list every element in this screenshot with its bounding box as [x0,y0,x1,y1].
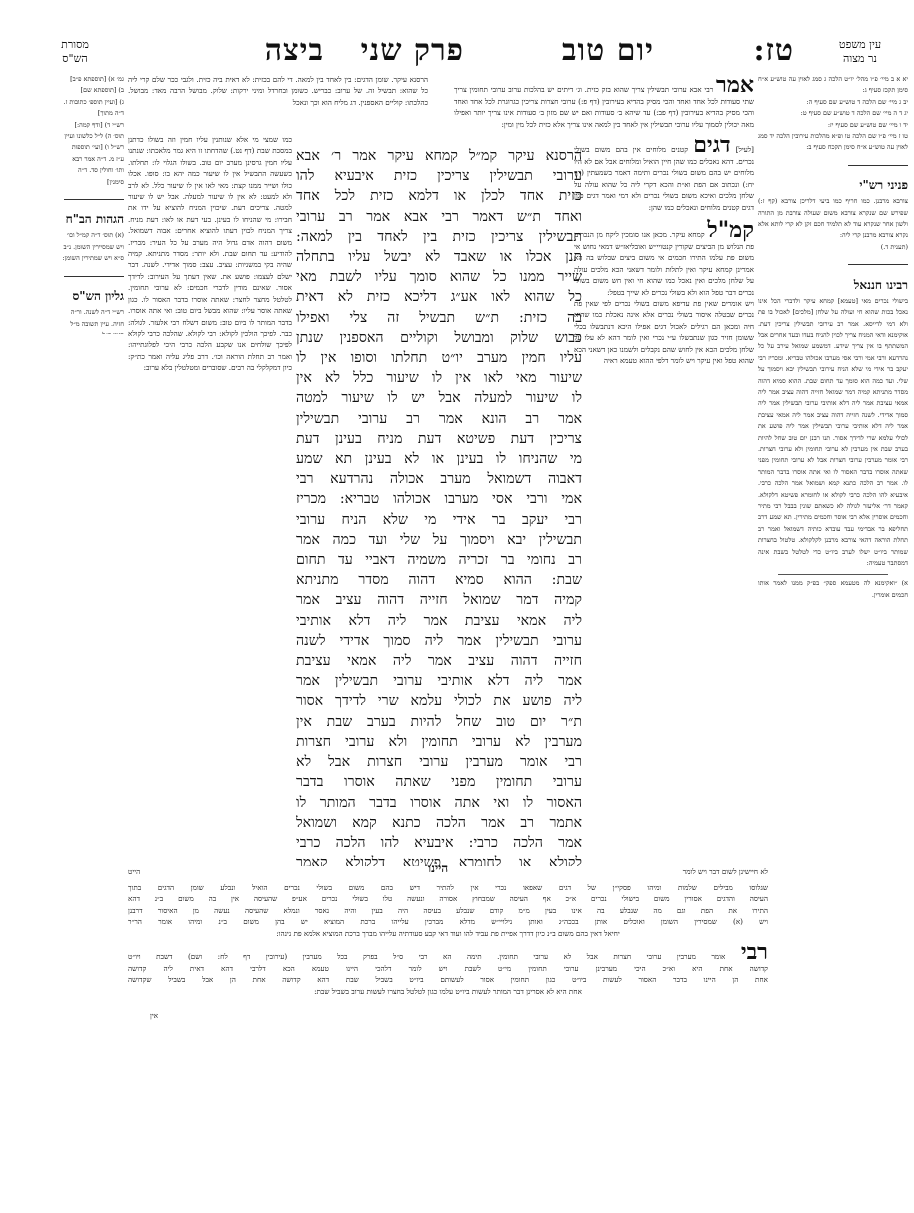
ein-mishpat-label-line1: עין משפט [820,38,900,52]
mesoret-entry: ב) [תוספתא שם] [62,85,124,96]
ein-mishpat-label: עין משפט נר מצוה [820,38,900,66]
header-yomtov: יום טוב [562,34,654,68]
tosafot-bottom: שגלוסו מבילים שלמות ומיהו פסקי״ן של דגים… [128,882,768,1042]
rashi-left-text: כמו שמצי מי אלא שנותנין עליו חמין וזה בש… [128,134,292,374]
mesoret-entry: תוס׳ ה) ל״ל כלשונו ועיין רש״ל ו) [ועי׳ ת… [62,131,124,188]
daf-number: טז: [753,34,794,68]
gemara-line: כבוש שלוק ומבושל וקוליים האספנין שנתן [296,328,582,348]
gemara-line: שיעור מאי לאו אין לו שיעור כלל לא אין [296,368,582,388]
ein-mishpat-entry: טו ז מיי׳ פ״ו שם הלכה טו ופ״א מהלכות עיר… [758,131,908,154]
rashi-catchword: הייט [128,866,140,877]
gemara-line: תבשילין יבא ויסמוך על שלי ועד כמה אמר [296,530,582,550]
gemara-line: רב נחומי בר זכריה משמיה דאביי עד תחום [296,550,582,570]
bottom-catch-row: לא חיישינן לשום דבר ויש לומר היינו הייט [128,866,768,880]
gemara-line: תנן אכלו או שאבד לא יבשל עליו בתחלה [296,247,582,267]
mesoret-label-line1: מסורת [40,38,110,52]
tosafot-bottom-line: העיסה והדגים אסורין משום בישולי נכרים א״… [128,893,768,904]
tosafot-bottom-line: אחת הן היינו בדבר האסור לעשות ביו״ט כגון… [128,974,768,985]
ein-mishpat-entry: יד ו מיי׳ שם טוש״ע שם סעיף יז: [758,120,908,131]
gemara-line: שבת: ההוא סמיא דהוה מסדר מתניתא [296,570,582,590]
penini-rashi-title: פניני רש"י [758,177,908,193]
mesoret-entry: ג) [ועיין תוספ׳ כתובות ז. ד״ה מתוך] [62,97,124,120]
tosafot-right-column: [לעיל] דגים קטנים מלוחים אין בהם משום בש… [574,134,754,862]
gemara-line: כזית אחד לכלן או דלמא כזית לכל אחד [296,186,582,206]
ornament-divider [758,259,908,270]
ein-mishpat-column: יא א ב מיי׳ פ״ו מהל׳ יו״ט הלכה ג סמג לאו… [758,74,908,874]
tosafot-right-text2: ויש אומרים שאין פת עדיפא משום בשולי נכרי… [574,298,754,366]
gemara-line: ת״ר יום טוב שחל להיות בערב שבת אין [296,712,582,732]
gemara-line: ליה אמאי עציבת אמר ליה דלא אותיבי [296,611,582,631]
tosafot-dibur-rebbe: רבי [741,939,768,965]
gemara-line: ערובי תבשילין אמר ליה סמוך אדידי לשנה [296,631,582,651]
tosafot-opening-word: אמר [716,74,754,98]
tosafot-top-text: רבי אבא ערובי תבשילין צריך שהוא בזק כזית… [454,85,754,129]
header-perek: פרק שני [361,34,464,68]
tosafot-bottom-line: אחת היא לא אסרינן דבר המותר לעשות ביו״ט … [128,986,768,997]
gemara-line: כל שהוא לאו אע״ג דליכא כזית לא דאית [296,287,582,307]
footnote: א) ״ואקימנא לה מטעמא ספק״ בפ״ק ממנו לאמר… [758,578,908,601]
mesoret-label-line2: הש"ס [40,52,110,66]
rashi-top: הרסנא עיקר. שומן הדגים: בין לאחד בין למא… [128,74,428,134]
gemara-line: ערובי תבשילין צריכין כזית איבעיא להו [296,166,582,186]
ein-mishpat-label-line2: נר מצוה [820,52,900,66]
penini-rashi-ref: (תענית ד.) [758,242,908,253]
gemara-line: בה כזית: ת״ש תבשיל זה צלי ואפילו [296,308,582,328]
gemara-line: חזייה דהוה עציב אמר ליה אמאי עציבת [296,651,582,671]
ornament-divider [62,194,124,205]
gemara-line: קמיה דמר שמואל חזייה דהוה עציב אמר [296,590,582,610]
gemara-line: מערבין לא ערובי תחומין ולא ערובי חצרות [296,732,582,752]
gemara-catchword: היינו [428,863,448,874]
ein-mishpat-entry: יג ד ה מיי׳ שם הלכה ד טוש״ע שם סעיף ט: [758,108,908,119]
hagahot-habach-title: הגהות הב"ח [62,211,124,227]
mesoret-entry: גמ׳ א) [תוספתא פ״ב] [62,74,124,85]
gemara-line: לו שיעור למעלה אבל יש לו שיעור למטה [296,388,582,408]
gemara-line: אתמר רב אמר הלכה כתנא קמא ושמואל [296,813,582,833]
tosafot-cont-right-line: לא חיישינן לשום דבר ויש לומר [683,866,768,877]
tosafot-dibur-kamal: קמ"ל [707,217,754,243]
header-masechet: ביצה [265,34,324,68]
rashi-left-column: כמו שמצי מי אלא שנותנין עליו חמין וזה בש… [128,134,292,862]
footnote-rule [778,574,888,575]
gemara-line: האסור לו ואי אתה אוסרו בדבר המותר לו [296,793,582,813]
gemara-line: רבי יעקב בר אידי מי שלא הניח ערובי [296,510,582,530]
gemara-line: שייר ממנו כל שהוא סומך עליו לשבת מאי [296,267,582,287]
mesoret-label: מסורת הש"ס [40,38,110,66]
tosafot-bottom-line: יחיאל דאין בהם משום ב״נ כיון דדרך אפיית … [128,928,768,939]
gemara-line: מי שהניחו לו בעינן או לא בעינן תא שמע [296,449,582,469]
gemara-line: רבי אומר מערבין ערובי חצרות אבל לא [296,752,582,772]
ornament-divider [62,271,124,282]
tosafot-rebbe-line: אומר מערבין ערובי חצרות אבל לא ערובי תחו… [128,952,725,961]
gemara-line: ליה פושע את לכולי עלמא שרי לדידך אסור [296,691,582,711]
gemara-line: עליו חמין מערב יו״ט תחלתו וסופו אין לו [296,348,582,368]
gemara-main-text: הרסנא עיקר קמ״ל קמחא עיקר אמר ר׳ אבא ערו… [296,146,582,866]
gilyon-hashas-title: גליון הש"ס [62,288,124,304]
rabbeinu-chananel-title: רבינו חננאל [758,277,908,293]
gemara-line: אמי ורבי אסי מערבו אכולהו טבריא: מכריז [296,489,582,509]
penini-rashi-text: צורבא מרבנן. כמו חריף כמו ביעי דלריכן צו… [758,196,908,242]
tosafot-bottom-line: ויש (א) שמסירין השומן ואוכלים אותן בככה״… [128,916,768,927]
mesoret-entry: רש״י ד) [ודף קמה:] [62,120,124,131]
gemara-line: ואחד ת״ש דאמר רבי אבא אמר רב ערובי [296,207,582,227]
rabbeinu-chananel-text: בישולי נכרים מאי [טעמא] קמחא עיקר ולדברי… [758,296,908,570]
gemara-line: דאבוה דשמואל מערב אכולה נהרדעא רבי [296,469,582,489]
tosafot-bottom-line: קדושה אחת היא וא״כ היכי מערבינן ערובי תח… [128,963,768,974]
ein-mishpat-entry: יב ג מיי׳ שם הלכה ד טוש״ע שם סעיף ה: [758,97,908,108]
tosafot-dibur-dagim: דגים [693,134,730,158]
gemara-line: תבשילין צריכין כזית בין לאחד בין למאה: [296,227,582,247]
gemara-line: הרסנא עיקר קמ״ל קמחא עיקר אמר ר׳ אבא [296,146,582,166]
tosafot-bottom-line: שגלוסו מבילים שלמות ומיהו פסקי״ן של דגים… [128,882,768,893]
gilyon-hashas-text: רש״י ד״ה לשנה. ור״ה חזיה. עיין תשובה מ״ל… [62,307,124,334]
gemara-line: אמר הלכה כרבי: איבעיא להו הלכה כרבי [296,833,582,853]
mesoret-hashas-column: גמ׳ א) [תוספתא פ״ב] ב) [תוספתא שם] ג) [ו… [62,74,124,334]
gemara-line: ערובי תחומין מפני שאתה אוסרו בדבר [296,772,582,792]
tosafot-dibur-ref: [לעיל] [736,145,754,154]
page-catchword: אין [150,1010,158,1021]
tosafot-bottom-line: התירו את הפת וגם מה שנבלע בה אינו בעין מ… [128,905,768,916]
gemara-line: אמר רב הונא אמר רב ערובי תבשילין [296,409,582,429]
gemara-line: צריכין דעת פשיטא דעת מניח בעינן דעת [296,429,582,449]
rashi-top-text: הרסנא עיקר. שומן הדגים: בין לאחד בין למא… [128,74,428,108]
hagahot-habach-text: (א) תוס׳ ד״ה קמ״ל וכו׳ ויש שמסיירין השומ… [62,230,124,264]
tosafot-top: אמר רבי אבא ערובי תבשילין צריך שהוא בזק … [454,74,754,134]
gemara-line: אמר ליה דלא אותיבי ערובי תבשילין אמר [296,671,582,691]
ornament-divider [758,160,908,171]
ein-mishpat-entry: יא א ב מיי׳ פ״ו מהל׳ יו״ט הלכה ג סמג לאו… [758,74,908,97]
